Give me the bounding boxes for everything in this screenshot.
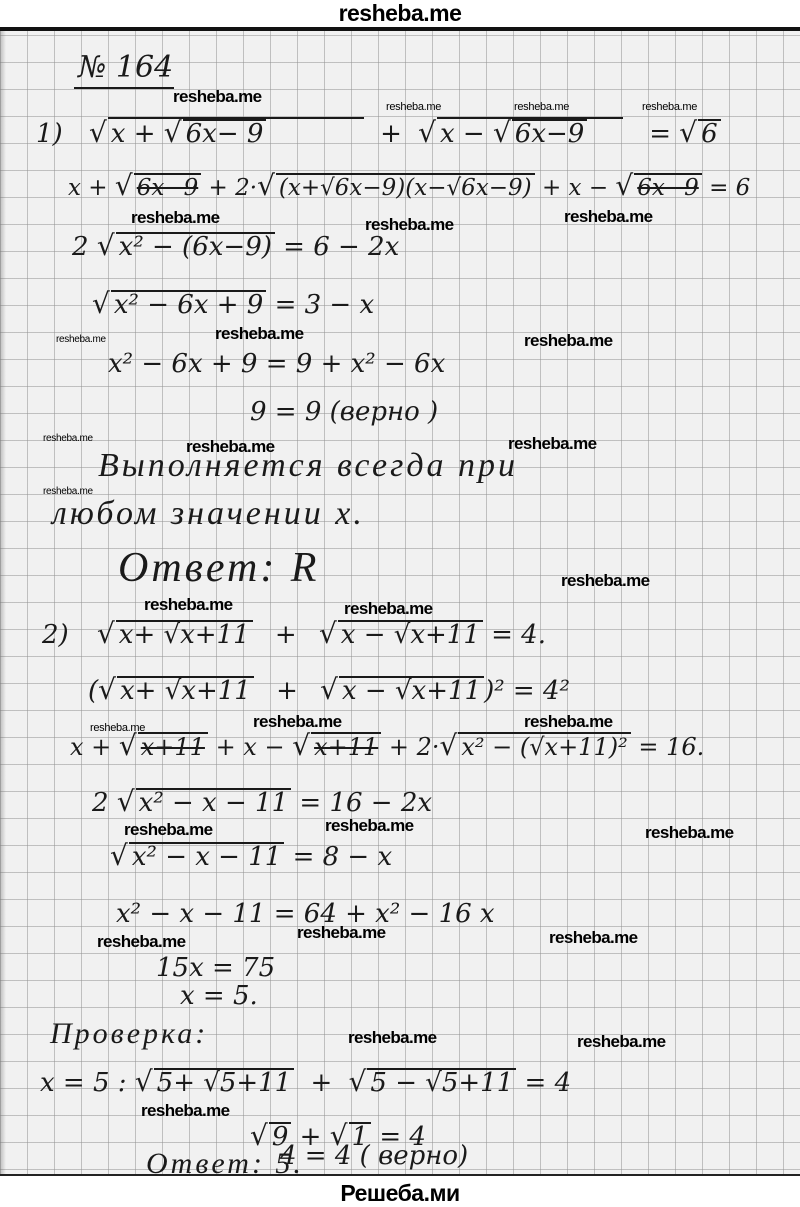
part1-step-3: √x² − 6x + 9 = 3 − x <box>92 289 374 320</box>
part1-step-2: 2 √x² − (6x−9) = 6 − 2x <box>72 231 399 262</box>
part2-equation: 2) √x+ √x+11 + √x − √x+11 = 4. <box>42 619 546 650</box>
sqrt-icon: √ <box>679 116 697 149</box>
sqrt-icon: √ <box>117 785 135 818</box>
part1-equation: 1) √x + √6x− 9 + √x − √6x−9 = √6 <box>36 117 721 149</box>
problem-number-underline <box>74 87 174 89</box>
watermark: resheba.me <box>365 216 454 234</box>
watermark: resheba.me <box>564 208 653 226</box>
watermark: resheba.me <box>144 596 233 614</box>
sqrt-icon: √ <box>320 673 338 706</box>
part2-label: 2) <box>42 620 69 650</box>
final-answer: Ответ: 5. <box>146 1149 304 1176</box>
sqrt-icon: √ <box>164 116 182 149</box>
check-line-3: 4 = 4 ( верно) <box>280 1141 468 1171</box>
watermark: resheba.me <box>43 483 93 501</box>
watermark: resheba.me <box>549 929 638 947</box>
sqrt-icon: √ <box>92 287 110 320</box>
watermark: resheba.me <box>97 933 186 951</box>
sqrt-icon: √ <box>97 617 115 650</box>
sqrt-icon: √ <box>115 169 133 202</box>
watermark: resheba.me <box>642 98 697 116</box>
watermark: resheba.me <box>215 325 304 343</box>
sqrt-icon: √ <box>319 617 337 650</box>
watermark: resheba.me <box>124 821 213 839</box>
sqrt-icon: √ <box>292 729 310 762</box>
part2-step-6: 15x = 75 <box>156 953 275 983</box>
watermark: resheba.me <box>297 924 386 942</box>
part1-step-5: 9 = 9 (верно ) <box>250 397 438 427</box>
check-line-1: x = 5 : √5+ √5+11 + √5 − √5+11 = 4 <box>40 1067 571 1098</box>
problem-number: № 164 <box>78 53 173 83</box>
part1-answer: Ответ: R <box>118 553 319 583</box>
sqrt-icon: √ <box>257 169 275 202</box>
watermark: resheba.me <box>561 572 650 590</box>
part2-step-7: x = 5. <box>180 981 258 1011</box>
watermark: resheba.me <box>186 438 275 456</box>
watermark: resheba.me <box>645 824 734 842</box>
check-label: Проверка: <box>50 1019 208 1049</box>
part1-step-4: x² − 6x + 9 = 9 + x² − 6x <box>108 349 445 379</box>
radical: x − √6x−9 <box>437 117 623 147</box>
watermark: resheba.me <box>508 435 597 453</box>
sqrt-icon: √ <box>89 116 107 149</box>
sqrt-icon: √ <box>97 229 115 262</box>
site-header-watermark: resheba.me <box>0 0 800 26</box>
watermark: resheba.me <box>141 1102 230 1120</box>
watermark: resheba.me <box>514 98 569 116</box>
part1-conclusion-line2: любом значении x. <box>52 499 365 529</box>
watermark: resheba.me <box>524 332 613 350</box>
watermark: resheba.me <box>524 713 613 731</box>
part2-step-2: x + √x+11 + x − √x+11 + 2·√x² − (√x+11)²… <box>70 731 704 762</box>
watermark: resheba.me <box>90 719 145 737</box>
sqrt-icon: √ <box>98 673 116 706</box>
sqrt-icon: √ <box>493 116 511 149</box>
sqrt-icon: √ <box>349 1065 367 1098</box>
sqrt-icon: √ <box>135 1065 153 1098</box>
radical: x + √6x− 9 <box>108 117 364 147</box>
notebook-page: № 164 1) √x + √6x− 9 + √x − √6x−9 = √6 x… <box>0 27 800 1176</box>
part1-label: 1) <box>36 119 63 149</box>
watermark: resheba.me <box>348 1029 437 1047</box>
sqrt-icon: √ <box>440 729 458 762</box>
sqrt-icon: √ <box>110 839 128 872</box>
watermark: resheba.me <box>325 817 414 835</box>
watermark: resheba.me <box>131 209 220 227</box>
part1-conclusion-line1: Выполняется всегда при <box>98 451 518 481</box>
part2-step-4: √x² − x − 11 = 8 − x <box>110 841 392 872</box>
site-footer-watermark: Решеба.ми <box>0 1180 800 1207</box>
sqrt-icon: √ <box>615 169 633 202</box>
watermark: resheba.me <box>173 88 262 106</box>
watermark: resheba.me <box>253 713 342 731</box>
watermark: resheba.me <box>577 1033 666 1051</box>
watermark: resheba.me <box>344 600 433 618</box>
sqrt-icon: √ <box>418 116 436 149</box>
watermark: resheba.me <box>386 98 441 116</box>
part2-step-3: 2 √x² − x − 11 = 16 − 2x <box>92 787 432 818</box>
part1-step-1: x + √6x−9 + 2·√(x+√6x−9)(x−√6x−9) + x − … <box>68 171 750 203</box>
watermark: resheba.me <box>43 430 93 448</box>
part2-step-1: (√x+ √x+11 + √x − √x+11)² = 4² <box>88 675 570 706</box>
watermark: resheba.me <box>56 331 106 349</box>
